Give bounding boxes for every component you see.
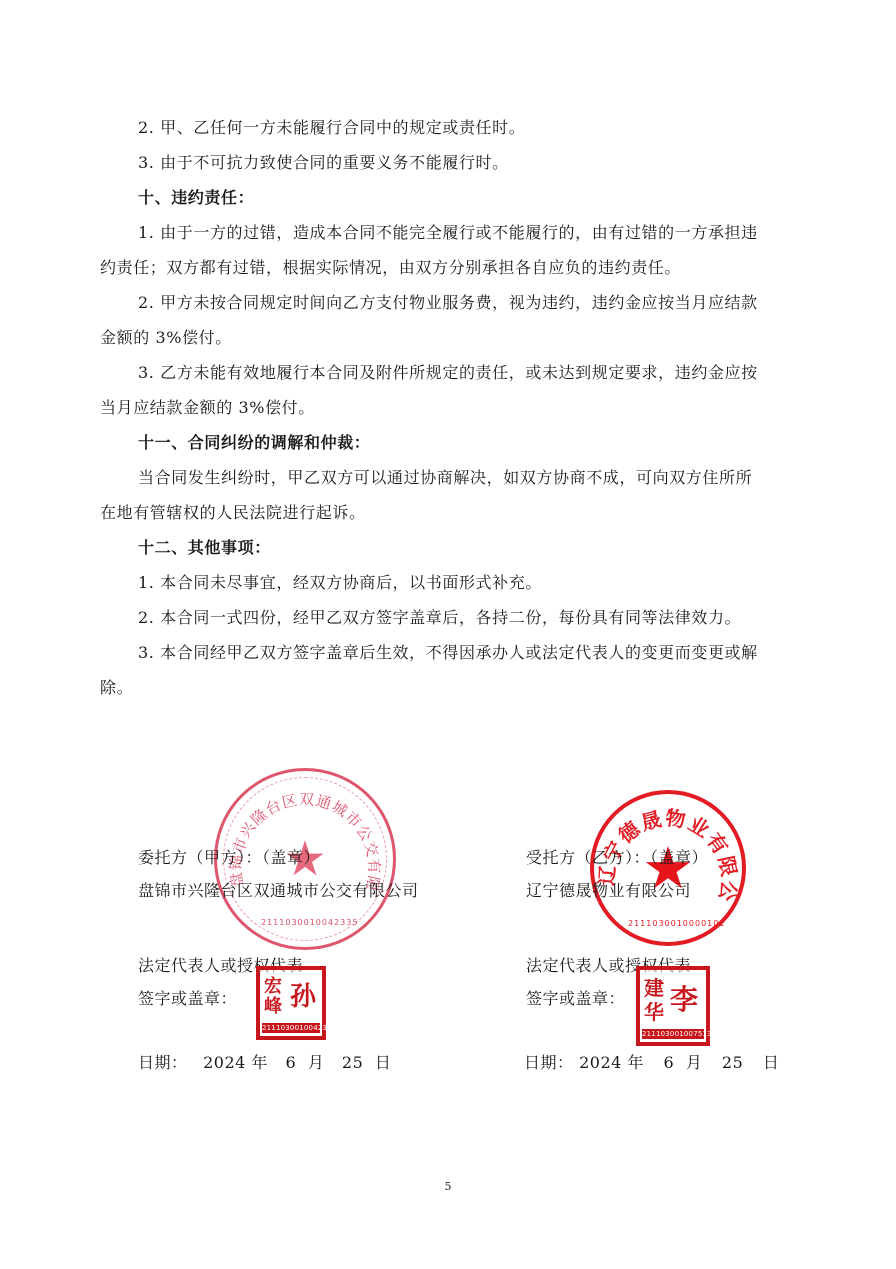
page-number: 5 [0,1180,896,1193]
date-month-unit: 月 [686,1053,703,1072]
party-a-sign-label: 签字或盖章： [138,988,237,1010]
date-day-unit: 日 [375,1053,392,1072]
party-b-name-stamp: 建 华 李 2111030010075137 [636,966,710,1046]
clause-line: 2. 甲、乙任何一方未能履行合同中的规定或责任时。 [138,117,525,139]
date-day-unit: 日 [763,1053,780,1072]
date-label: 日期： [524,1053,574,1072]
party-b-role-label: 受托方（乙方）：（盖章） [526,847,708,869]
clause-line: 金额的 3%偿付。 [100,327,232,349]
clause-line: 2. 本合同一式四份，经甲乙双方签字盖章后，各持二份，每份具有同等法律效力。 [138,607,741,629]
document-page: 2. 甲、乙任何一方未能履行合同中的规定或责任时。 3. 由于不可抗力致使合同的… [0,0,896,1269]
party-a-name-stamp: 宏 峰 孙 2111030010042327 [256,966,326,1040]
clause-line: 1. 由于一方的过错，造成本合同不能完全履行或不能履行的，由有过错的一方承担违 [138,222,758,244]
date-label: 日期： [138,1053,188,1072]
clause-line: 2. 甲方未按合同规定时间向乙方支付物业服务费，视为违约，违约金应按当月应结款 [138,292,758,314]
date-year: 2024 [203,1053,246,1072]
date-day: 25 [722,1053,743,1072]
party-b-company-name: 辽宁德晟物业有限公司 [526,880,691,902]
seal-code: 2111030010000101 [628,919,725,928]
clause-line: 当月应结款金额的 3%偿付。 [100,397,315,419]
date-year-unit: 年 [251,1053,268,1072]
party-b-date: 日期： 2024 年 6 月 25 日 [524,1052,779,1074]
clause-line: 当合同发生纠纷时，甲乙双方可以通过协商解决，如双方协商不成，可向双方住所所 [138,467,752,489]
party-b-sign-label: 签字或盖章： [526,988,625,1010]
clause-line: 3. 乙方未能有效地履行本合同及附件所规定的责任，或未达到规定要求，违约金应按 [138,362,758,384]
date-month-unit: 月 [308,1053,325,1072]
party-a-date: 日期： 2024 年 6 月 25 日 [138,1052,391,1074]
seal-code: 2111030010042335 [261,918,358,927]
clause-line: 1. 本合同未尽事宜，经双方协商后，以书面形式补充。 [138,572,542,594]
clause-line: 3. 由于不可抗力致使合同的重要义务不能履行时。 [138,152,509,174]
party-a-role-label: 委托方（甲方）：（盖章） [138,847,320,869]
clause-line: 3. 本合同经甲乙双方签字盖章后生效，不得因承办人或法定代表人的变更而变更或解 [138,642,758,664]
clause-line: 除。 [100,677,133,699]
clause-line: 约责任；双方都有过错，根据实际情况，由双方分别承担各自应负的违约责任。 [100,257,681,279]
section-heading-dispute: 十一、合同纠纷的调解和仲裁： [138,432,370,454]
date-year: 2024 [579,1053,622,1072]
party-a-company-name: 盘锦市兴隆台区双通城市公交有限公司 [138,880,419,902]
section-heading-breach: 十、违约责任： [138,187,254,209]
clause-line: 在地有管辖权的人民法院进行起诉。 [100,502,366,524]
date-year-unit: 年 [627,1053,644,1072]
date-day: 25 [342,1053,363,1072]
date-month: 6 [286,1053,297,1072]
date-month: 6 [664,1053,675,1072]
section-heading-other: 十二、其他事项： [138,537,271,559]
